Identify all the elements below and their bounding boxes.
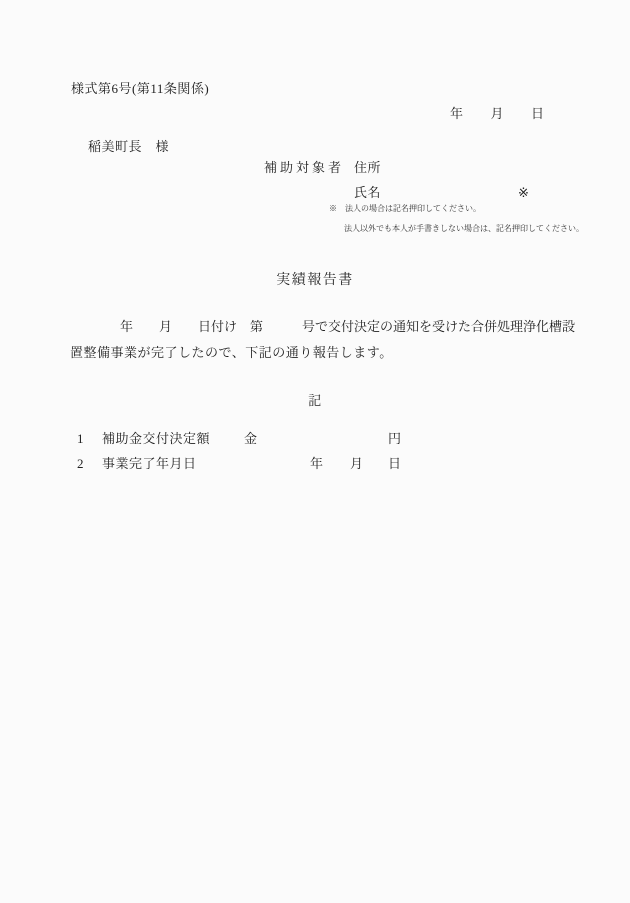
note-corporate-seal: ※ 法人の場合は記名押印してください。 <box>329 204 481 214</box>
item-1-number: 1 <box>77 431 84 447</box>
form-number: 様式第6号(第11条関係) <box>71 81 209 97</box>
item-2-year-label: 年 <box>310 456 324 472</box>
item-1-amount-prefix: 金 <box>244 431 258 447</box>
body-line-2: 置整備事業が完了したので、下記の通り報告します。 <box>70 345 393 361</box>
item-2-label: 事業完了年月日 <box>102 456 197 472</box>
document-title: 実績報告書 <box>0 272 630 290</box>
item-1-amount-suffix: 円 <box>388 431 402 447</box>
name-label: 氏名 <box>354 185 381 201</box>
address-label: 住所 <box>354 160 381 176</box>
applicant-label: 補助対象者 <box>264 160 344 176</box>
asterisk-mark: ※ <box>518 185 529 201</box>
item-2-month-label: 月 <box>350 456 364 472</box>
item-2-day-label: 日 <box>388 456 402 472</box>
document-page: 様式第6号(第11条関係) 年 月 日 稲美町長 様 補助対象者 住所 氏名 ※… <box>0 0 630 903</box>
item-2-number: 2 <box>77 456 84 472</box>
addressee: 稲美町長 様 <box>88 139 169 155</box>
note-individual-seal: 法人以外でも本人が手書きしない場合は、記名押印してください。 <box>344 224 584 234</box>
item-1-label: 補助金交付決定額 <box>102 431 210 447</box>
report-date-line: 年 月 日 <box>450 106 545 122</box>
ki-heading: 記 <box>0 393 630 409</box>
body-line-1: 年 月 日付け 第 号で交付決定の通知を受けた合併処理浄化槽設 <box>120 319 575 335</box>
